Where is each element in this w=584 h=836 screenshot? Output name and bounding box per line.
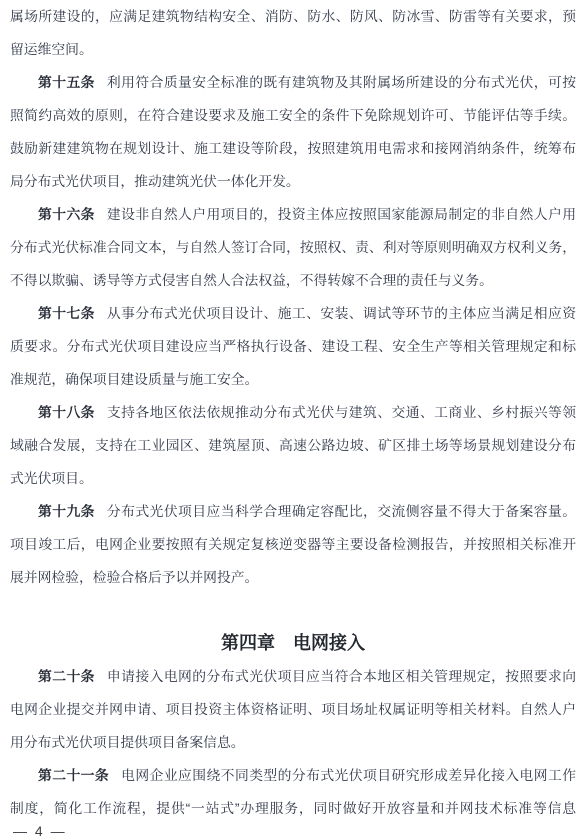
article-text: 利用符合质量安全标准的既有建筑物及其附属场所建设的分布式光伏，可按 bbox=[107, 75, 576, 90]
text-line: 域融合发展，支持在工业园区、建筑屋顶、高速公路边坡、矿区排土场等场景规划建设分布 bbox=[10, 429, 576, 462]
text-line: 第二十条申请接入电网的分布式光伏项目应当符合本地区相关管理规定，按照要求向 bbox=[10, 660, 576, 693]
document-body: 属场所建设的，应满足建筑物结构安全、消防、防水、防风、防冰雪、防雷等有关要求，预… bbox=[10, 0, 576, 825]
text-line: 局分布式光伏项目，推动建筑光伏一体化开发。 bbox=[10, 165, 576, 198]
text-line: 不得以欺骗、诱导等方式侵害自然人合法权益，不得转嫁不合理的责任与义务。 bbox=[10, 264, 576, 297]
document-page: 属场所建设的，应满足建筑物结构安全、消防、防水、防风、防冰雪、防雷等有关要求，预… bbox=[0, 0, 584, 836]
article-text: 电网企业应围绕不同类型的分布式光伏项目研究形成差异化接入电网工作 bbox=[121, 768, 576, 783]
text-line: 准规范，确保项目建设质量与施工安全。 bbox=[10, 363, 576, 396]
article-number: 第十八条 bbox=[38, 405, 95, 420]
text-line: 第十五条利用符合质量安全标准的既有建筑物及其附属场所建设的分布式光伏，可按 bbox=[10, 66, 576, 99]
article-text: 支持各地区依法依规推动分布式光伏与建筑、交通、工商业、乡村振兴等领 bbox=[107, 405, 576, 420]
text-line: 第十七条从事分布式光伏项目设计、施工、安装、调试等环节的主体应当满足相应资 bbox=[10, 297, 576, 330]
text-line: 制度，简化工作流程，提供“一站式”办理服务，同时做好开放容量和并网技术标准等信息 bbox=[10, 792, 576, 825]
text-line: 式光伏项目。 bbox=[10, 462, 576, 495]
text-line: 第十九条分布式光伏项目应当科学合理确定容配比，交流侧容量不得大于备案容量。 bbox=[10, 495, 576, 528]
article-text: 分布式光伏项目应当科学合理确定容配比，交流侧容量不得大于备案容量。 bbox=[107, 504, 576, 519]
text-line: 第二十一条电网企业应围绕不同类型的分布式光伏项目研究形成差异化接入电网工作 bbox=[10, 759, 576, 792]
article-number: 第十五条 bbox=[38, 75, 95, 90]
article-text: 建设非自然人户用项目的，投资主体应按照国家能源局制定的非自然人户用 bbox=[107, 207, 576, 222]
text-line: 属场所建设的，应满足建筑物结构安全、消防、防水、防风、防冰雪、防雷等有关要求，预 bbox=[10, 0, 576, 33]
article-text: 从事分布式光伏项目设计、施工、安装、调试等环节的主体应当满足相应资 bbox=[107, 306, 576, 321]
chapter-heading: 第四章 电网接入 bbox=[10, 627, 576, 660]
text-line: 留运维空间。 bbox=[10, 33, 576, 66]
text-line: 照简约高效的原则，在符合建设要求及施工安全的条件下免除规划许可、节能评估等手续。 bbox=[10, 99, 576, 132]
page-number: — 4 — bbox=[13, 823, 67, 836]
article-number: 第二十条 bbox=[38, 669, 95, 684]
article-number: 第十六条 bbox=[38, 207, 95, 222]
text-line: 分布式光伏标准合同文本，与自然人签订合同，按照权、责、利对等原则明确双方权利义务… bbox=[10, 231, 576, 264]
article-number: 第十七条 bbox=[38, 306, 95, 321]
article-text: 申请接入电网的分布式光伏项目应当符合本地区相关管理规定，按照要求向 bbox=[107, 669, 576, 684]
text-line: 质要求。分布式光伏项目建设应当严格执行设备、建设工程、安全生产等相关管理规定和标 bbox=[10, 330, 576, 363]
text-line: 项目竣工后，电网企业要按照有关规定复核逆变器等主要设备检测报告，并按照相关标准开 bbox=[10, 528, 576, 561]
text-line: 电网企业提交并网申请、项目投资主体资格证明、项目场址权属证明等相关材料。自然人户 bbox=[10, 693, 576, 726]
text-line: 展并网检验，检验合格后予以并网投产。 bbox=[10, 561, 576, 594]
text-line: 鼓励新建建筑物在规划设计、施工建设等阶段，按照建筑用电需求和接网消纳条件，统筹布 bbox=[10, 132, 576, 165]
article-number: 第二十一条 bbox=[38, 768, 109, 783]
text-line: 第十八条支持各地区依法依规推动分布式光伏与建筑、交通、工商业、乡村振兴等领 bbox=[10, 396, 576, 429]
article-number: 第十九条 bbox=[38, 504, 95, 519]
text-line: 用分布式光伏项目提供项目备案信息。 bbox=[10, 726, 576, 759]
text-line: 第十六条建设非自然人户用项目的，投资主体应按照国家能源局制定的非自然人户用 bbox=[10, 198, 576, 231]
